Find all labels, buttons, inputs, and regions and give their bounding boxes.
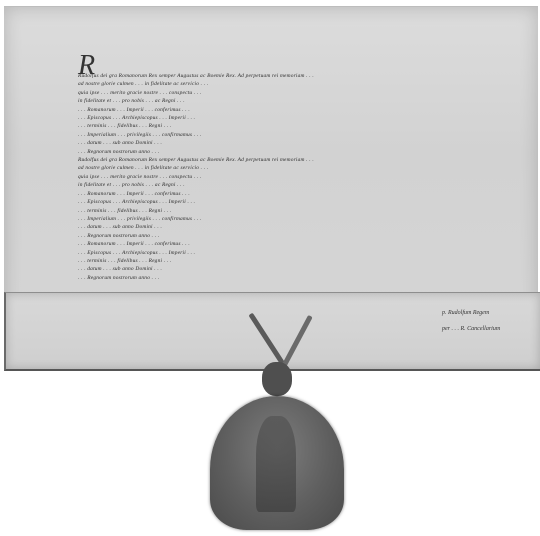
- text-line: ad nostre glorie culmen . . . in fidelit…: [78, 164, 438, 172]
- text-line: . . . Romanorum . . . Imperii . . . conf…: [78, 240, 438, 248]
- text-line: . . . Episcopus . . . Archiepiscopus . .…: [78, 198, 438, 206]
- chancery-note: p. Rudolfum Regem: [442, 310, 500, 316]
- text-line: . . . terminis . . . fidelibus . . . Reg…: [78, 257, 438, 265]
- wax-seal: [210, 396, 344, 530]
- text-line: . . . Imperialium . . . privilegiis . . …: [78, 215, 438, 223]
- text-line: . . . terminis . . . fidelibus . . . Reg…: [78, 122, 438, 130]
- text-line: . . . datum . . . sub anno Domini . . .: [78, 265, 438, 273]
- text-line: . . . Episcopus . . . Archiepiscopus . .…: [78, 114, 438, 122]
- text-line: in fidelitate et . . . pro nobis . . . a…: [78, 97, 438, 105]
- text-line: . . . datum . . . sub anno Domini . . .: [78, 223, 438, 231]
- text-line: . . . Romanorum . . . Imperii . . . conf…: [78, 190, 438, 198]
- text-line: quia ipse . . . merito gracie nostre . .…: [78, 173, 438, 181]
- charter-text: Rudolfus dei gra Romanorum Rex semper Au…: [78, 72, 438, 282]
- text-line: . . . Romanorum . . . Imperii . . . conf…: [78, 106, 438, 114]
- text-line: . . . Episcopus . . . Archiepiscopus . .…: [78, 249, 438, 257]
- text-line: . . . terminis . . . fidelibus . . . Reg…: [78, 207, 438, 215]
- text-line: . . . Regnorum nostrorum anno . . .: [78, 274, 438, 282]
- text-line: . . . Imperialium . . . privilegiis . . …: [78, 131, 438, 139]
- text-line: Rudolfus dei gra Romanorum Rex semper Au…: [78, 72, 438, 80]
- chancery-notes: p. Rudolfum Regem per . . . R. Cancellar…: [442, 310, 500, 342]
- text-line: Rudolfus dei gra Romanorum Rex semper Au…: [78, 156, 438, 164]
- text-line: in fidelitate et . . . pro nobis . . . a…: [78, 181, 438, 189]
- text-line: . . . Regnorum nostrorum anno . . .: [78, 148, 438, 156]
- seal-enthroned-figure: [256, 416, 296, 512]
- text-line: . . . datum . . . sub anno Domini . . .: [78, 139, 438, 147]
- chancery-note: per . . . R. Cancellarium: [442, 326, 500, 332]
- text-line: ad nostre glorie culmen . . . in fidelit…: [78, 80, 438, 88]
- text-line: quia ipse . . . merito gracie nostre . .…: [78, 89, 438, 97]
- text-line: . . . Regnorum nostrorum anno . . .: [78, 232, 438, 240]
- seal-cord-knot: [262, 362, 292, 396]
